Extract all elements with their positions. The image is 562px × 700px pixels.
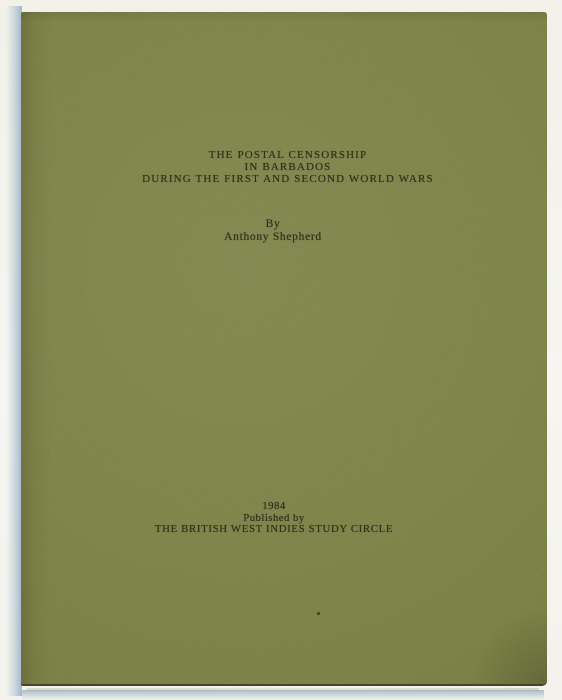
- scan-background: THE POSTAL CENSORSHIP IN BARBADOS DURING…: [0, 0, 562, 700]
- author-name: Anthony Shepherd: [10, 231, 536, 244]
- title-line: DURING THE FIRST AND SECOND WORLD WARS: [25, 173, 551, 185]
- imprint: 1984 Published by THE BRITISH WEST INDIE…: [11, 501, 537, 536]
- ink-speck: [317, 612, 320, 615]
- publisher-name: THE BRITISH WEST INDIES STUDY CIRCLE: [11, 524, 537, 536]
- paper-shadow-bottom: [22, 690, 544, 700]
- booklet-cover: THE POSTAL CENSORSHIP IN BARBADOS DURING…: [21, 12, 547, 686]
- byline: By Anthony Shepherd: [10, 218, 536, 243]
- title-line: IN BARBADOS: [25, 161, 551, 173]
- byline-label: By: [10, 218, 536, 231]
- paper-shadow-left: [7, 6, 22, 696]
- title-line: THE POSTAL CENSORSHIP: [25, 149, 551, 161]
- publication-year: 1984: [11, 501, 537, 513]
- paper-texture: [21, 12, 547, 684]
- cover-title: THE POSTAL CENSORSHIP IN BARBADOS DURING…: [25, 149, 551, 185]
